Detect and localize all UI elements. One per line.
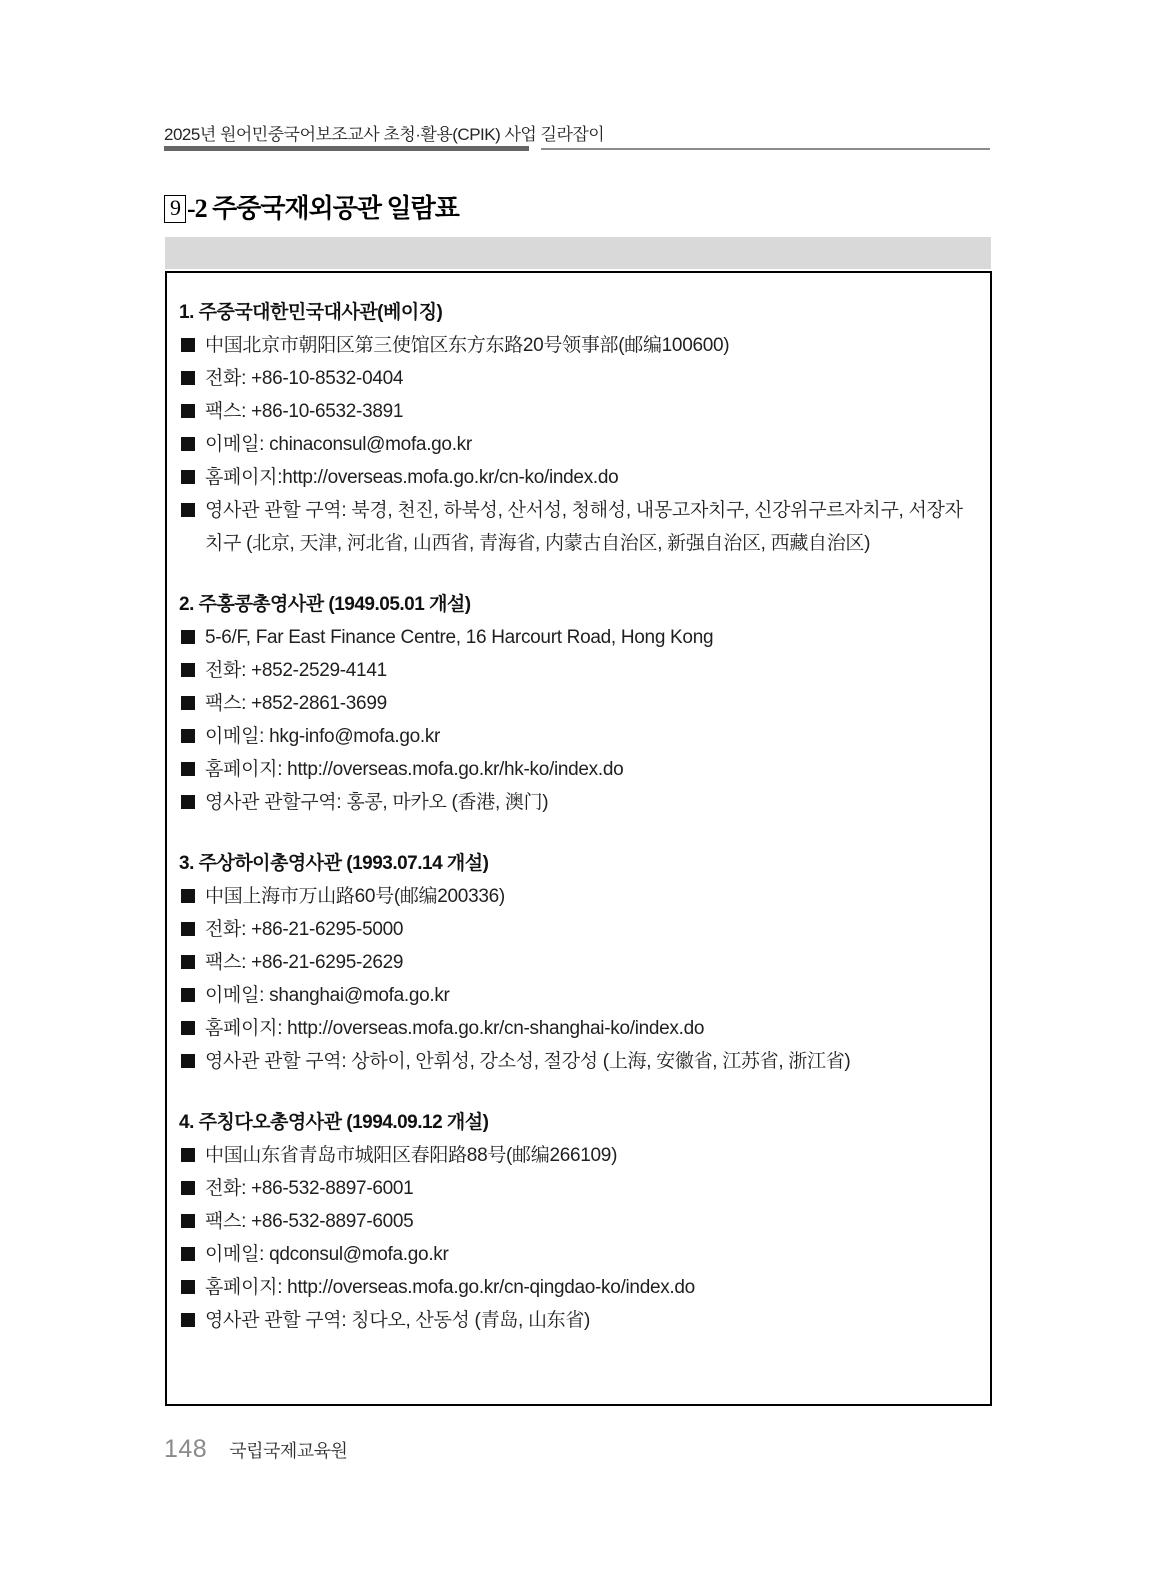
page-title: 9-2 주중국재외공관 일람표 <box>164 188 459 225</box>
mission-item: 전화: +86-532-8897-6001 <box>177 1172 980 1205</box>
content-box: 1. 주중국대한민국대사관(베이징)中国北京市朝阳区第三使馆区东方东路20号领事… <box>165 271 992 1406</box>
bullet-square-icon <box>181 1214 195 1228</box>
mission-heading: 1. 주중국대한민국대사관(베이징) <box>177 296 980 329</box>
mission-item: 팩스: +86-21-6295-2629 <box>177 946 980 979</box>
document-page: 2025년 원어민중국어보조교사 초청·활용(CPIK) 사업 길라잡이 9-2… <box>0 0 1159 1571</box>
bullet-square-icon <box>181 630 195 644</box>
item-text: 팩스: +852-2861-3699 <box>205 687 980 720</box>
mission-item: 中国上海市万山路60号(邮编200336) <box>177 880 980 913</box>
mission-item: 홈페이지: http://overseas.mofa.go.kr/cn-qing… <box>177 1271 980 1304</box>
footer: 148 국립국제교육원 <box>164 1435 347 1464</box>
bullet-square-icon <box>181 795 195 809</box>
footer-organization: 국립국제교육원 <box>229 1437 347 1463</box>
title-suffix: -2 <box>187 194 212 223</box>
mission-section: 2. 주홍콩총영사관 (1949.05.01 개설)5-6/F, Far Eas… <box>177 588 980 819</box>
bullet-square-icon <box>181 1313 195 1327</box>
title-text: 주중국재외공관 일람표 <box>212 194 459 223</box>
mission-item: 中国北京市朝阳区第三使馆区东方东路20号领事部(邮编100600) <box>177 329 980 362</box>
item-text: 홈페이지: http://overseas.mofa.go.kr/cn-shan… <box>205 1012 980 1045</box>
item-text: 이메일: chinaconsul@mofa.go.kr <box>205 428 980 461</box>
bullet-square-icon <box>181 1247 195 1261</box>
mission-item: 홈페이지: http://overseas.mofa.go.kr/cn-shan… <box>177 1012 980 1045</box>
header-rule-thin <box>541 148 990 150</box>
header-rule-thick <box>164 146 529 151</box>
item-text: 전화: +86-532-8897-6001 <box>205 1172 980 1205</box>
mission-item: 전화: +86-10-8532-0404 <box>177 362 980 395</box>
item-text: 이메일: qdconsul@mofa.go.kr <box>205 1238 980 1271</box>
item-text: 홈페이지: http://overseas.mofa.go.kr/hk-ko/i… <box>205 753 980 786</box>
mission-heading: 4. 주칭다오총영사관 (1994.09.12 개설) <box>177 1106 980 1139</box>
running-header: 2025년 원어민중국어보조교사 초청·활용(CPIK) 사업 길라잡이 <box>164 120 604 145</box>
item-text: 中国北京市朝阳区第三使馆区东方东路20号领事部(邮编100600) <box>205 329 980 362</box>
mission-item: 팩스: +86-532-8897-6005 <box>177 1205 980 1238</box>
item-text: 전화: +86-10-8532-0404 <box>205 362 980 395</box>
bullet-square-icon <box>181 696 195 710</box>
mission-section: 4. 주칭다오총영사관 (1994.09.12 개설)中国山东省青岛市城阳区春阳… <box>177 1106 980 1337</box>
mission-heading: 2. 주홍콩총영사관 (1949.05.01 개설) <box>177 588 980 621</box>
bullet-square-icon <box>181 1054 195 1068</box>
bullet-square-icon <box>181 1021 195 1035</box>
bullet-square-icon <box>181 922 195 936</box>
bullet-square-icon <box>181 1280 195 1294</box>
item-text: 中国上海市万山路60号(邮编200336) <box>205 880 980 913</box>
mission-item: 5-6/F, Far East Finance Centre, 16 Harco… <box>177 621 980 654</box>
item-text: 영사관 관할 구역: 북경, 천진, 하북성, 산서성, 청해성, 내몽고자치구… <box>205 494 980 560</box>
mission-item: 이메일: qdconsul@mofa.go.kr <box>177 1238 980 1271</box>
bullet-square-icon <box>181 762 195 776</box>
mission-item: 이메일: hkg-info@mofa.go.kr <box>177 720 980 753</box>
page-number: 148 <box>164 1435 207 1464</box>
bullet-square-icon <box>181 729 195 743</box>
bullet-square-icon <box>181 503 195 517</box>
mission-item: 中国山东省青岛市城阳区春阳路88号(邮编266109) <box>177 1139 980 1172</box>
item-text: 팩스: +86-532-8897-6005 <box>205 1205 980 1238</box>
item-text: 이메일: hkg-info@mofa.go.kr <box>205 720 980 753</box>
title-number-box: 9 <box>164 195 186 223</box>
bullet-square-icon <box>181 955 195 969</box>
bullet-square-icon <box>181 889 195 903</box>
bullet-square-icon <box>181 1148 195 1162</box>
item-text: 전화: +852-2529-4141 <box>205 654 980 687</box>
bullet-square-icon <box>181 1181 195 1195</box>
mission-item: 영사관 관할 구역: 북경, 천진, 하북성, 산서성, 청해성, 내몽고자치구… <box>177 494 980 560</box>
item-text: 팩스: +86-21-6295-2629 <box>205 946 980 979</box>
mission-item: 이메일: chinaconsul@mofa.go.kr <box>177 428 980 461</box>
mission-item: 팩스: +852-2861-3699 <box>177 687 980 720</box>
item-text: 영사관 관할 구역: 칭다오, 산동성 (青岛, 山东省) <box>205 1304 980 1337</box>
item-text: 中国山东省青岛市城阳区春阳路88号(邮编266109) <box>205 1139 980 1172</box>
mission-item: 이메일: shanghai@mofa.go.kr <box>177 979 980 1012</box>
bullet-square-icon <box>181 663 195 677</box>
bullet-square-icon <box>181 371 195 385</box>
item-text: 전화: +86-21-6295-5000 <box>205 913 980 946</box>
mission-heading: 3. 주상하이총영사관 (1993.07.14 개설) <box>177 847 980 880</box>
mission-section: 1. 주중국대한민국대사관(베이징)中国北京市朝阳区第三使馆区东方东路20号领事… <box>177 296 980 560</box>
bullet-square-icon <box>181 470 195 484</box>
item-text: 영사관 관할구역: 홍콩, 마카오 (香港, 澳门) <box>205 786 980 819</box>
bullet-square-icon <box>181 404 195 418</box>
item-text: 5-6/F, Far East Finance Centre, 16 Harco… <box>205 621 980 654</box>
item-text: 팩스: +86-10-6532-3891 <box>205 395 980 428</box>
item-text: 홈페이지:http://overseas.mofa.go.kr/cn-ko/in… <box>205 461 980 494</box>
bullet-square-icon <box>181 338 195 352</box>
item-text: 영사관 관할 구역: 상하이, 안휘성, 강소성, 절강성 (上海, 安徽省, … <box>205 1045 980 1078</box>
mission-item: 영사관 관할구역: 홍콩, 마카오 (香港, 澳门) <box>177 786 980 819</box>
mission-item: 영사관 관할 구역: 칭다오, 산동성 (青岛, 山东省) <box>177 1304 980 1337</box>
mission-section: 3. 주상하이총영사관 (1993.07.14 개설)中国上海市万山路60号(邮… <box>177 847 980 1078</box>
mission-item: 전화: +86-21-6295-5000 <box>177 913 980 946</box>
bullet-square-icon <box>181 988 195 1002</box>
item-text: 홈페이지: http://overseas.mofa.go.kr/cn-qing… <box>205 1271 980 1304</box>
mission-item: 전화: +852-2529-4141 <box>177 654 980 687</box>
mission-item: 영사관 관할 구역: 상하이, 안휘성, 강소성, 절강성 (上海, 安徽省, … <box>177 1045 980 1078</box>
item-text: 이메일: shanghai@mofa.go.kr <box>205 979 980 1012</box>
bullet-square-icon <box>181 437 195 451</box>
mission-list: 1. 주중국대한민국대사관(베이징)中国北京市朝阳区第三使馆区东方东路20号领事… <box>177 296 980 1337</box>
table-header-bar <box>165 237 991 269</box>
mission-item: 홈페이지: http://overseas.mofa.go.kr/hk-ko/i… <box>177 753 980 786</box>
mission-item: 팩스: +86-10-6532-3891 <box>177 395 980 428</box>
mission-item: 홈페이지:http://overseas.mofa.go.kr/cn-ko/in… <box>177 461 980 494</box>
